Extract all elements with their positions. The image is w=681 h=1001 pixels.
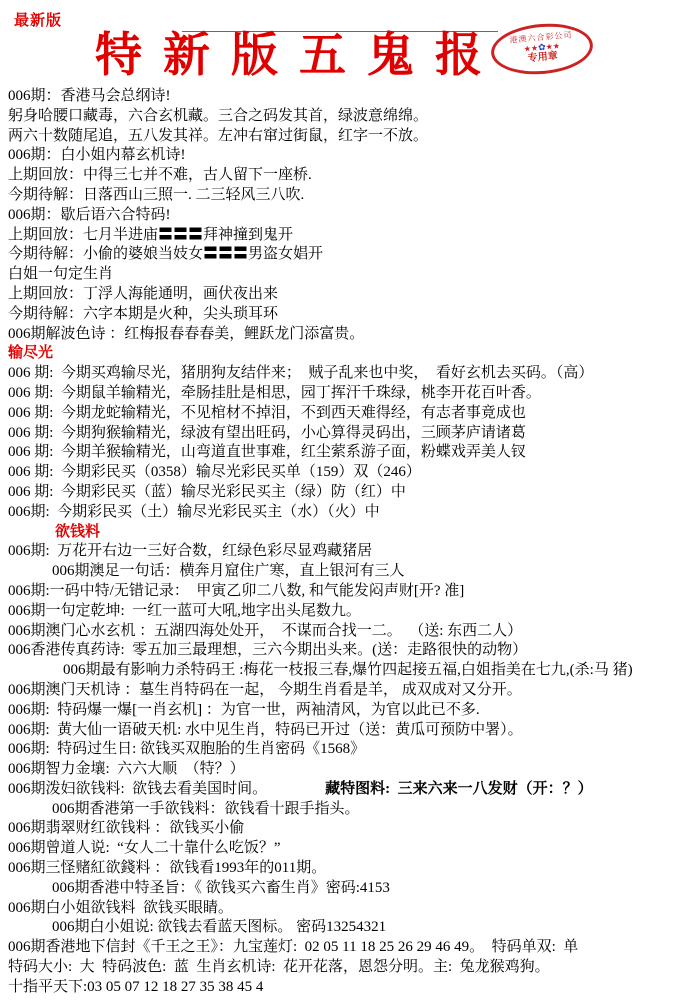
doc-line: 006期白小姐欲钱料 欲钱买眼睛。 [8,899,681,919]
doc-line: 006期澳门天机诗 ：墓生肖特码在一起， 今期生肖看是羊， 成双成对又分开。 [8,681,681,701]
doc-line: 006期香港中特圣旨：《 欲钱买六畜生肖》密码:4153 [8,879,681,899]
doc-line: 006期曾道人说: “女人二十靠什么吃饭？” [8,839,681,859]
doc-line: 上期回放：七月半进庙〓〓〓拜神撞到鬼开 [8,226,681,246]
doc-line: 006 期: 今期买鸡输尽光，猪朋狗友结伴来； 贼子乱来也中奖， 看好玄机去买码… [8,364,681,384]
doc-line: 十指平天下:03 05 07 12 18 27 35 38 45 4 [8,978,681,998]
doc-line: 006期翡翠财红欲钱料 ：欲钱买小偷 [8,819,681,839]
line-text: 今期待解：日落西山三照一. 二三轻风三八吹. [8,186,304,206]
line-text: 今期待解：六字本期是火种，尖头琐耳环 [8,305,278,325]
line-text: 006期翡翠财红欲钱料 ：欲钱买小偷 [8,819,244,839]
doc-line: 006期香港地下信封《千王之王》：九宝莲灯: 02 05 11 18 25 26… [8,938,681,958]
line-text: 006期智力金壤: 六六大顺 （特？） [8,760,245,780]
line-text: 006 期: 今期买鸡输尽光，猪朋狗友结伴来； 贼子乱来也中奖， 看好玄机去买码… [8,364,593,384]
doc-line: 躬身哈腰口藏毒，六合玄机藏。三合之码发其首，绿波意绵绵。 [8,107,681,127]
line-text: 输尽光 [8,344,53,364]
line-text: 两六十数随尾追，五八发其祥。左冲右窜过街鼠，红字一不放。 [8,127,428,147]
doc-line: 两六十数随尾追，五八发其祥。左冲右窜过街鼠，红字一不放。 [8,127,681,147]
line-text: 006期解波色诗 ：红梅报春春春美，鲤跃龙门添富贵。 [8,325,364,345]
edition-label: 最新版 [14,9,62,30]
doc-line: 006期澳门心水玄机 ：五湖四海处处开， 不谋而合找一二。 （送: 东西二人） [8,622,681,642]
line-text: 006期曾道人说: “女人二十靠什么吃饭？” [8,839,281,859]
doc-line: 006期泼妇欲钱料: 欲钱去看美国时间。藏特图料: 三来六来一八发财（开：？） [8,780,681,800]
line-text: 006期：歇后语六合特码! [8,206,171,226]
doc-line: 白姐一句定生肖 [8,265,681,285]
doc-line: 006 期: 今期彩民买（0358）输尽光彩民买单（159）双（246） [8,463,681,483]
doc-line: 今期待解：小偷的婆娘当妓女〓〓〓男盗女娼开 [8,245,681,265]
line-text: 006期香港中特圣旨：《 欲钱买六畜生肖》密码:4153 [52,879,390,899]
doc-line: 006期：歇后语六合特码! [8,206,681,226]
line-text: 006期澳门心水玄机 ：五湖四海处处开， 不谋而合找一二。 （送: 东西二人） [8,622,522,642]
line-text: 藏特图料: 三来六来一八发财（开：？） [325,780,593,800]
doc-line: 006期白小姐说: 欲钱去看蓝天图标。 密码13254321 [8,918,681,938]
line-text: 006期泼妇欲钱料: 欲钱去看美国时间。 [8,780,267,800]
document-body: 006期：香港马会总纲诗!躬身哈腰口藏毒，六合玄机藏。三合之码发其首，绿波意绵绵… [8,87,681,998]
doc-line: 006 期: 今期彩民买（蓝）输尽光彩民买主（绿）防（红）中 [8,483,681,503]
doc-line: 上期回放：丁浮人海能通明，画伏夜出来 [8,285,681,305]
doc-line: 006期最有影响力杀特码王 :梅花一枝报三春,爆竹四起接五福,白姐指美在七九,(… [8,661,681,681]
line-text: 十指平天下:03 05 07 12 18 27 35 38 45 4 [8,978,263,998]
line-text: 006期: 万花开右边一三好合数，红绿色彩尽显鸡藏猪居 [8,542,372,562]
line-text: 006期：香港马会总纲诗! [8,87,171,107]
doc-line: 今期待解：六字本期是火种，尖头琐耳环 [8,305,681,325]
company-seal-stamp: 港澳六合彩公司 ★★✿★★ 专用章 [489,20,595,79]
doc-line: 006期: 特码爆一爆[一肖玄机] ：为官一世，两袖清风，为官以此已不多. [8,701,681,721]
doc-line: 006期三怪赌紅欲錢料 ：欲钱看1993年的011期。 [8,859,681,879]
doc-line: 006期解波色诗 ：红梅报春春春美，鲤跃龙门添富贵。 [8,325,681,345]
line-text: 006期澳足一句话：横奔月窟住广寒，直上银河有三人 [52,562,405,582]
doc-line: 006 期: 今期龙蛇输精光，不见棺材不掉泪，不到西天难得经，有志者事竟成也 [8,404,681,424]
doc-line: 006期: 今期彩民买（土）输尽光彩民买主（水）（火）中 [8,503,681,523]
doc-line: 006期: 万花开右边一三好合数，红绿色彩尽显鸡藏猪居 [8,542,681,562]
line-text: 上期回放：丁浮人海能通明，画伏夜出来 [8,285,278,305]
doc-line: 006 期: 今期鼠羊输精光，牵肠挂肚是相思，园丁挥汗千珠绿，桃李开花百叶香。 [8,384,681,404]
doc-line: 输尽光 [8,344,681,364]
line-text: 006期最有影响力杀特码王 :梅花一枝报三春,爆竹四起接五福,白姐指美在七九,(… [63,661,633,681]
doc-line: 006 期: 今期羊猴输精光，山弯道直世事难，红尘萦系游子面，粉蝶戏弄美人钗 [8,443,681,463]
line-text: 006期白小姐欲钱料 欲钱买眼睛。 [8,899,233,919]
doc-line: 欲钱料 [8,523,681,543]
line-text: 上期回放：七月半进庙〓〓〓拜神撞到鬼开 [8,226,293,246]
line-text: 006期澳门天机诗 ：墓生肖特码在一起， 今期生肖看是羊， 成双成对又分开。 [8,681,522,701]
doc-line: 006 期: 今期狗猴输精光，绿波有望出旺码，小心算得灵码出，三顾茅庐请诸葛 [8,424,681,444]
doc-line: 006香港传真药诗: 零五加三最理想，三六今期出头来。(送：走路很快的动物） [8,641,681,661]
doc-line: 006期: 黄大仙一语破天机: 水中见生肖，特码已开过（送：黄瓜可预防中署）。 [8,721,681,741]
line-text: 006期白小姐说: 欲钱去看蓝天图标。 密码13254321 [52,918,386,938]
line-text: 今期待解：小偷的婆娘当妓女〓〓〓男盗女娼开 [8,245,323,265]
line-text: 006期三怪赌紅欲錢料 ：欲钱看1993年的011期。 [8,859,326,879]
line-text: 特码大小: 大 特码波色: 蓝 生肖玄机诗: 花开花落，恩怨分明。主: 兔龙猴鸡… [8,958,550,978]
line-text: 006期: 特码爆一爆[一肖玄机] ：为官一世，两袖清风，为官以此已不多. [8,701,480,721]
line-text: 006 期: 今期龙蛇输精光，不见棺材不掉泪，不到西天难得经，有志者事竟成也 [8,404,526,424]
line-text: 006期: 特码过生日: 欲钱买双胞胎的生肖密码《1568》 [8,740,365,760]
doc-line: 006期香港第一手欲钱料：欲钱看十跟手指头。 [8,800,681,820]
doc-line: 上期回放：中得三七并不难，古人留下一座桥. [8,166,681,186]
line-text: 白姐一句定生肖 [8,265,113,285]
line-text: 006期: 今期彩民买（土）输尽光彩民买主（水）（火）中 [8,503,380,523]
line-text: 躬身哈腰口藏毒，六合玄机藏。三合之码发其首，绿波意绵绵。 [8,107,428,127]
five-ghost-report-page: 最新版 特新版五鬼报 港澳六合彩公司 ★★✿★★ 专用章 006期：香港马会总纲… [0,0,681,1001]
line-text: 006 期: 今期彩民买（蓝）输尽光彩民买主（绿）防（红）中 [8,483,406,503]
line-text: 006 期: 今期狗猴输精光，绿波有望出旺码，小心算得灵码出，三顾茅庐请诸葛 [8,424,526,444]
line-text: 006期香港地下信封《千王之王》：九宝莲灯: 02 05 11 18 25 26… [8,938,578,958]
doc-line: 特码大小: 大 特码波色: 蓝 生肖玄机诗: 花开花落，恩怨分明。主: 兔龙猴鸡… [8,958,681,978]
line-text: 006 期: 今期鼠羊输精光，牵肠挂肚是相思，园丁挥汗千珠绿，桃李开花百叶香。 [8,384,541,404]
line-text: 006期一句定乾坤: 一红一蓝可大吼,地字出头尾数九。 [8,602,361,622]
line-text: 上期回放：中得三七并不难，古人留下一座桥. [8,166,312,186]
line-text: 006期香港第一手欲钱料：欲钱看十跟手指头。 [52,800,360,820]
doc-line: 006期:一码中特/无错记录： 甲寅乙卯二八数, 和气能发闷声财[开? 准] [8,582,681,602]
line-text: 006香港传真药诗: 零五加三最理想，三六今期出头来。(送：走路很快的动物） [8,641,527,661]
line-text: 欲钱料 [55,523,100,543]
doc-line: 006期智力金壤: 六六大顺 （特？） [8,760,681,780]
line-text: 006期:一码中特/无错记录： 甲寅乙卯二八数, 和气能发闷声财[开? 准] [8,582,464,602]
line-text: 006 期: 今期彩民买（0358）输尽光彩民买单（159）双（246） [8,463,421,483]
doc-line: 006期一句定乾坤: 一红一蓝可大吼,地字出头尾数九。 [8,602,681,622]
line-text: 006期: 黄大仙一语破天机: 水中见生肖，特码已开过（送：黄瓜可预防中署）。 [8,721,523,741]
doc-line: 今期待解：日落西山三照一. 二三轻风三八吹. [8,186,681,206]
line-text: 006期：白小姐内幕玄机诗! [8,146,186,166]
doc-line: 006期：白小姐内幕玄机诗! [8,146,681,166]
stamp-bottom-text: 专用章 [527,51,558,64]
line-text: 006 期: 今期羊猴输精光，山弯道直世事难，红尘萦系游子面，粉蝶戏弄美人钗 [8,443,526,463]
doc-line: 006期澳足一句话：横奔月窟住广寒，直上银河有三人 [8,562,681,582]
doc-line: 006期: 特码过生日: 欲钱买双胞胎的生肖密码《1568》 [8,740,681,760]
page-title: 特新版五鬼报 [95,29,503,83]
doc-line: 006期：香港马会总纲诗! [8,87,681,107]
